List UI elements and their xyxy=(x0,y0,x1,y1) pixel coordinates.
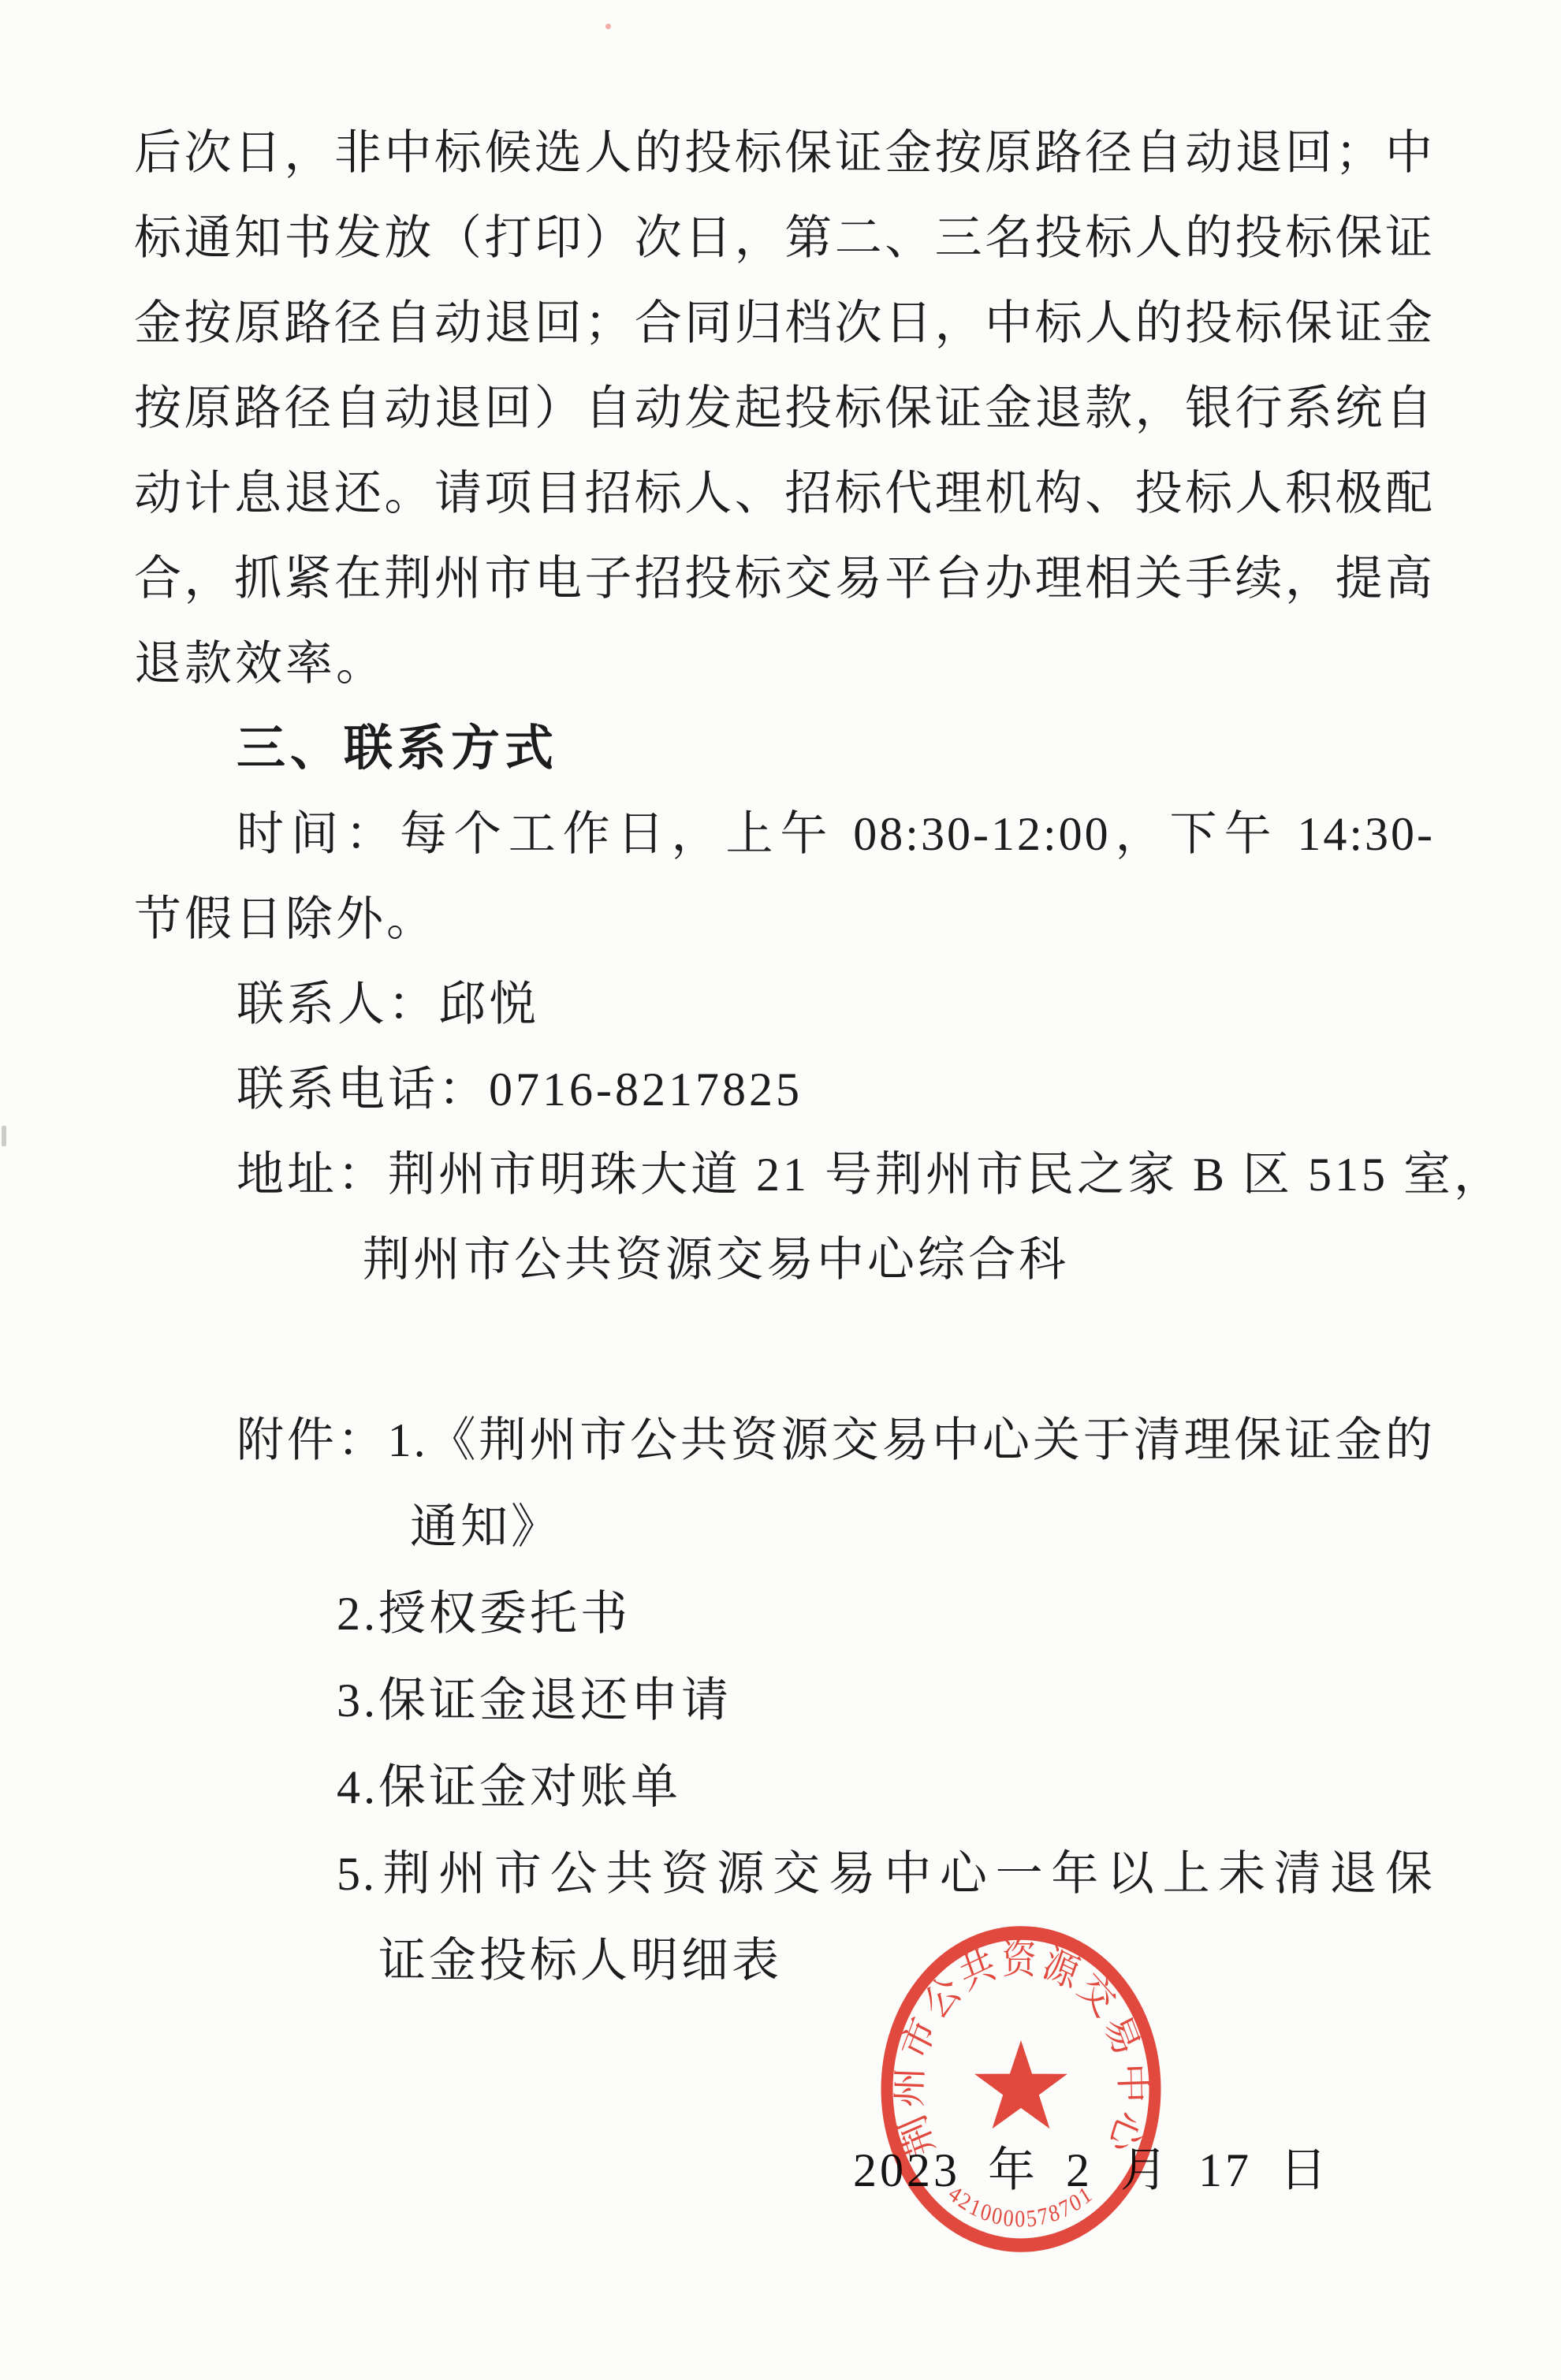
section-heading: 三、联系方式 xyxy=(134,706,1435,791)
attachment-item-5-cont: 证金投标人明细表 xyxy=(134,1917,1435,2004)
paragraph-line: 合，抓紧在荆州市电子招投标交易平台办理相关手续，提高 xyxy=(134,536,1435,621)
document-body: 后次日，非中标候选人的投标保证金按原路径自动退回；中 标通知书发放（打印）次日，… xyxy=(134,110,1435,2004)
attachment-item-5: 5.荆州市公共资源交易中心一年以上未清退保 xyxy=(134,1831,1435,1917)
attachment-item-2: 2.授权委托书 xyxy=(134,1570,1435,1657)
paragraph-line: 金按原路径自动退回；合同归档次日，中标人的投标保证金 xyxy=(134,281,1435,366)
paragraph-line: 标通知书发放（打印）次日，第二、三名投标人的投标保证 xyxy=(134,196,1435,281)
contact-phone-line: 联系电话：0716-8217825 xyxy=(134,1047,1435,1132)
paragraph-line: 退款效率。 xyxy=(134,621,1435,706)
scanned-document-page: 后次日，非中标候选人的投标保证金按原路径自动退回；中 标通知书发放（打印）次日，… xyxy=(0,0,1561,2380)
paragraph-line: 动计息退还。请项目招标人、招标代理机构、投标人积极配 xyxy=(134,451,1435,536)
contact-address-line-1: 地址：荆州市明珠大道 21 号荆州市民之家 B 区 515 室， xyxy=(134,1132,1435,1217)
attachment-item-3: 3.保证金退还申请 xyxy=(134,1657,1435,1744)
paragraph-line: 按原路径自动退回）自动发起投标保证金退款，银行系统自 xyxy=(134,366,1435,451)
paragraph-line: 后次日，非中标候选人的投标保证金按原路径自动退回；中 xyxy=(134,110,1435,196)
scan-speck xyxy=(2,1126,6,1146)
attachments-block: 附件：1.《荆州市公共资源交易中心关于清理保证金的 通知》 2.授权委托书 3.… xyxy=(134,1397,1435,2004)
official-seal: 荆州市公共资源交易中心 4210000578701 xyxy=(855,1896,1187,2282)
attachment-item-4: 4.保证金对账单 xyxy=(134,1744,1435,1831)
attachment-item-1-cont: 通知》 xyxy=(134,1484,1435,1570)
contact-address-line-2: 荆州市公共资源交易中心综合科 xyxy=(134,1217,1435,1302)
contact-time-line: 时间：每个工作日，上午 08:30-12:00，下午 14:30-17:30， xyxy=(134,791,1435,877)
scan-speck xyxy=(605,24,611,29)
contact-time-line-cont: 节假日除外。 xyxy=(134,877,1435,962)
contact-person-line: 联系人：邱悦 xyxy=(134,962,1435,1047)
seal-star-icon xyxy=(974,2040,1067,2129)
attachment-label-line: 附件：1.《荆州市公共资源交易中心关于清理保证金的 xyxy=(134,1397,1435,1484)
